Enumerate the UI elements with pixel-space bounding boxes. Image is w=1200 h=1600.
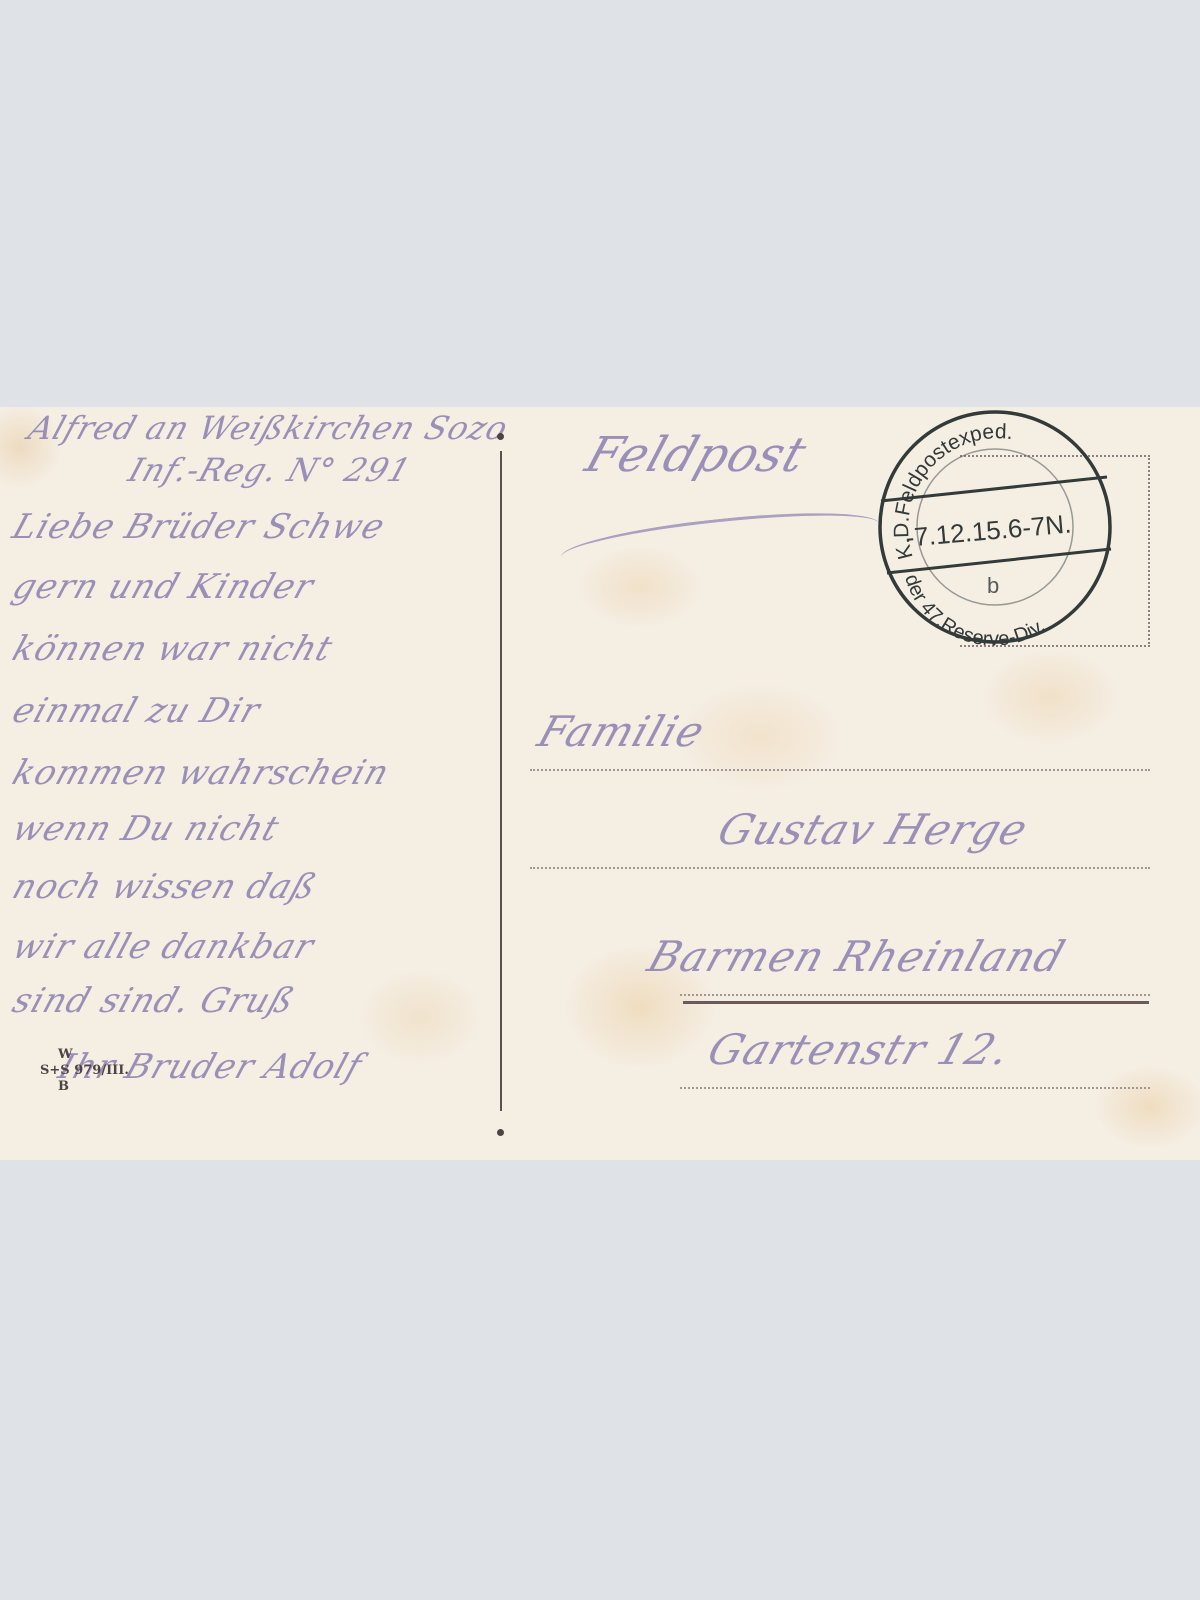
message-line: wenn Du nicht bbox=[8, 809, 285, 849]
address-line4: Gartenstr 12. bbox=[702, 1025, 1017, 1074]
printer-mark-bottom: B bbox=[40, 1079, 129, 1095]
message-line: kommen wahrschein bbox=[8, 753, 395, 793]
address-line2: Gustav Herge bbox=[712, 805, 1034, 854]
message-line: gern und Kinder bbox=[8, 567, 320, 607]
message-line: Liebe Brüder Schwe bbox=[8, 507, 391, 547]
center-divider bbox=[500, 451, 502, 1111]
printer-mark: W S+S 979/III. B bbox=[40, 1047, 129, 1095]
address-line bbox=[680, 994, 1150, 996]
divider-dot bbox=[497, 433, 504, 440]
address-line bbox=[530, 867, 1150, 869]
postmark-bottom-text: der 47.Reserve-Div. bbox=[900, 572, 1049, 647]
message-line: Inf.-Reg. N° 291 bbox=[124, 451, 416, 489]
address-line bbox=[680, 1087, 1150, 1089]
postmark-letter: b bbox=[987, 573, 999, 598]
postmark-icon: K.D.Feldpostexped. -7.12.15.6-7N. b der … bbox=[875, 407, 1115, 647]
postmark-date: -7.12.15.6-7N. bbox=[904, 508, 1072, 552]
postmark-stamp: K.D.Feldpostexped. -7.12.15.6-7N. b der … bbox=[875, 407, 1115, 647]
divider-dot bbox=[497, 1129, 504, 1136]
printer-mark-top: W bbox=[40, 1047, 129, 1063]
message-line: noch wissen daß bbox=[8, 867, 323, 907]
message-line: Alfred an Weißkirchen Sozo bbox=[24, 409, 514, 447]
address-line1: Familie bbox=[532, 707, 711, 756]
postcard: Alfred an Weißkirchen Sozo Inf.-Reg. N° … bbox=[0, 407, 1200, 1160]
feldpost-note: Feldpost bbox=[579, 427, 814, 483]
svg-text:der 47.Reserve-Div.: der 47.Reserve-Div. bbox=[900, 572, 1049, 647]
pen-stroke bbox=[559, 502, 882, 578]
message-line: können war nicht bbox=[8, 629, 339, 669]
message-line: wir alle dankbar bbox=[8, 927, 320, 967]
address-underline bbox=[683, 1001, 1149, 1004]
message-line: sind sind. Gruß bbox=[8, 981, 300, 1021]
message-line: einmal zu Dir bbox=[8, 691, 266, 731]
address-line bbox=[530, 769, 1150, 771]
address-line3: Barmen Rheinland bbox=[642, 932, 1071, 981]
printer-mark-middle: S+S 979/III. bbox=[40, 1063, 129, 1078]
